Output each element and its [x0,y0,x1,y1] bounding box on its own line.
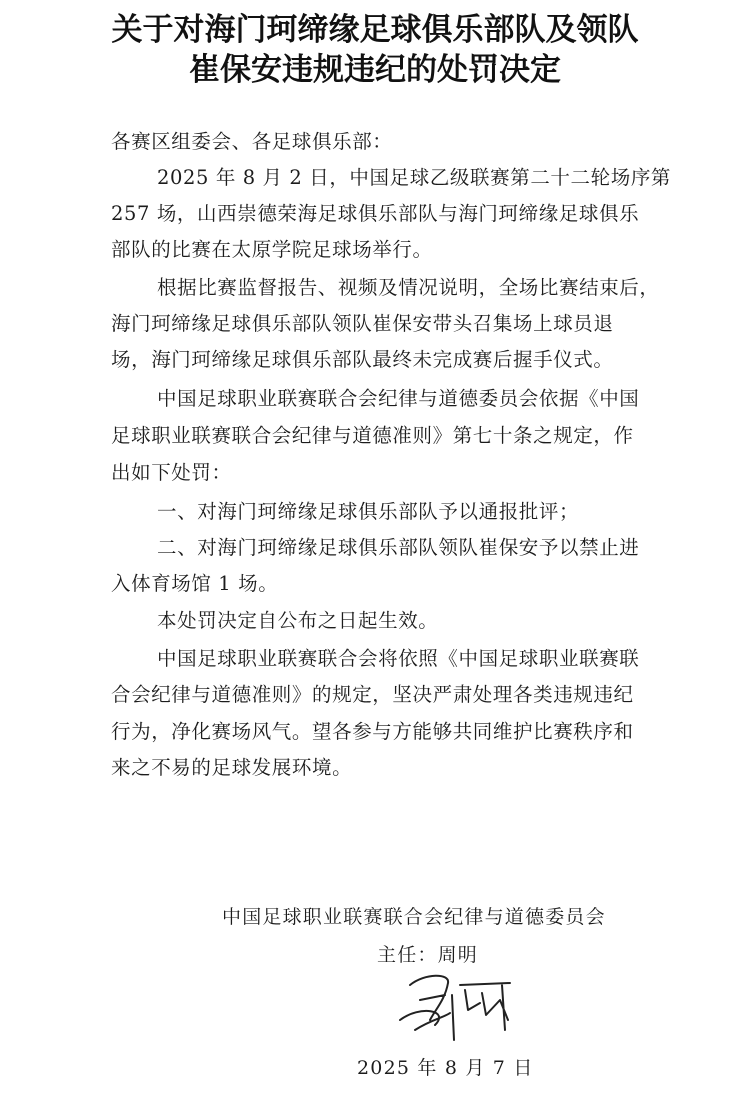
paragraph-line: 行为，净化赛场风气。望各参与方能够共同维护比赛秩序和 [111,716,634,744]
decision-date: 2025 年 8 月 7 日 [357,1053,534,1080]
paragraph-line: 257 场，山西崇德荣海足球俱乐部队与海门珂缔缘足球俱乐 [111,198,639,226]
penalty-item-2: 二、对海门珂缔缘足球俱乐部队领队崔保安予以禁止进 [157,532,639,560]
handwritten-signature-icon [390,965,520,1045]
paragraph-line: 中国足球职业联赛联合会纪律与道德委员会依据《中国 [157,383,639,411]
penalty-item-1: 一、对海门珂缔缘足球俱乐部队予以通报批评； [157,496,579,524]
document-title-line-1: 关于对海门珂缔缘足球俱乐部队及领队 [0,4,750,49]
salutation: 各赛区组委会、各足球俱乐部： [111,126,392,154]
paragraph-line: 部队的比赛在太原学院足球场举行。 [111,234,433,262]
paragraph-line: 来之不易的足球发展环境。 [111,752,352,780]
issuing-organization: 中国足球职业联赛联合会纪律与道德委员会 [222,902,606,929]
effective-statement: 本处罚决定自公布之日起生效。 [157,605,438,633]
director-name: 主任：周明 [377,940,478,967]
paragraph-line: 海门珂缔缘足球俱乐部队领队崔保安带头召集场上球员退 [111,308,614,336]
paragraph-line: 根据比赛监督报告、视频及情况说明，全场比赛结束后， [157,272,660,300]
paragraph-line: 2025 年 8 月 2 日，中国足球乙级联赛第二十二轮场序第 [157,162,671,190]
paragraph-line: 入体育场馆 1 场。 [111,568,278,596]
paragraph-line: 合会纪律与道德准则》的规定，坚决严肃处理各类违规违纪 [111,679,634,707]
paragraph-line: 足球职业联赛联合会纪律与道德准则》第七十条之规定，作 [111,420,634,448]
paragraph-line: 中国足球职业联赛联合会将依照《中国足球职业联赛联 [157,643,639,671]
paragraph-line: 出如下处罚： [111,457,232,485]
document-title-line-2: 崔保安违规违纪的处罚决定 [0,44,750,89]
paragraph-line: 场，海门珂缔缘足球俱乐部队最终未完成赛后握手仪式。 [111,344,614,372]
